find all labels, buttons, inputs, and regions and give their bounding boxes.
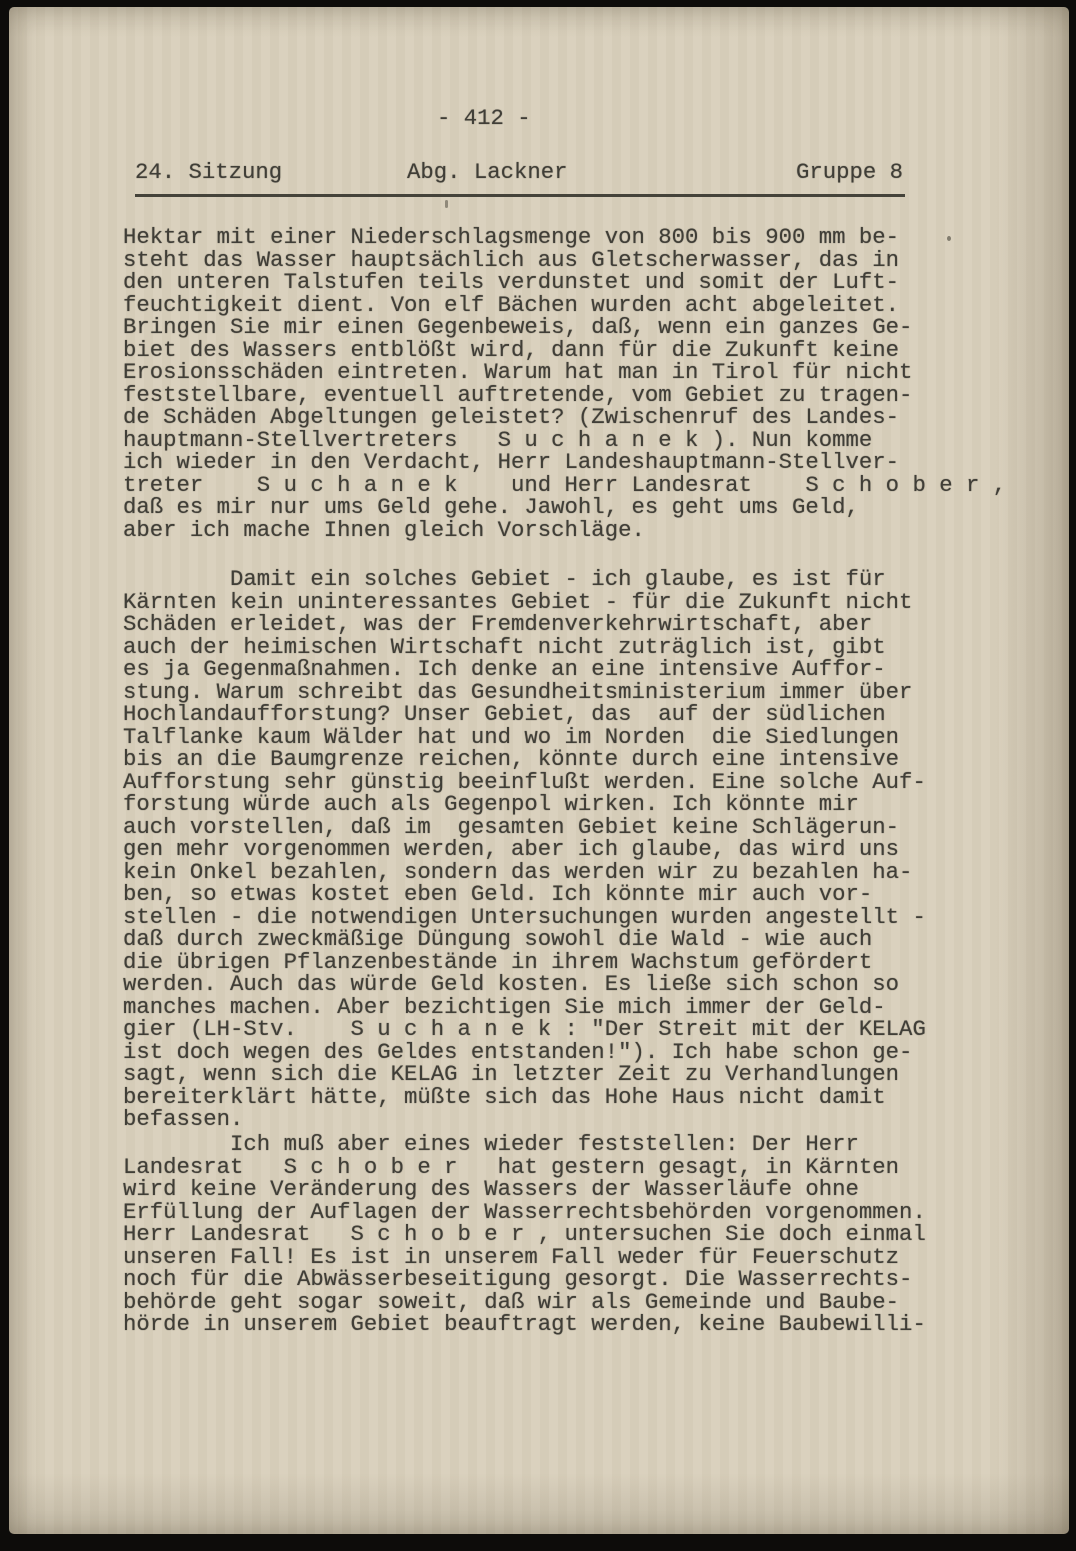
header-session-label: 24. Sitzung [135, 159, 282, 185]
paper-sheet: - 412 - 24. Sitzung Abg. Lackner Gruppe … [9, 7, 1069, 1534]
body-paragraph: Ich muß aber eines wieder feststellen: D… [123, 1133, 926, 1336]
body-paragraph: Hektar mit einer Niederschlagsmenge von … [123, 226, 1006, 541]
page-number: - 412 - [437, 106, 531, 130]
header-speaker-label: Abg. Lackner [407, 159, 568, 185]
scanned-document-page: - 412 - 24. Sitzung Abg. Lackner Gruppe … [0, 0, 1076, 1551]
running-header: 24. Sitzung Abg. Lackner Gruppe 8 [135, 159, 905, 197]
scan-speckle [445, 200, 448, 208]
scan-speckle [947, 236, 951, 241]
header-group-label: Gruppe 8 [796, 159, 903, 185]
body-paragraph: Damit ein solches Gebiet - ich glaube, e… [123, 568, 926, 1131]
